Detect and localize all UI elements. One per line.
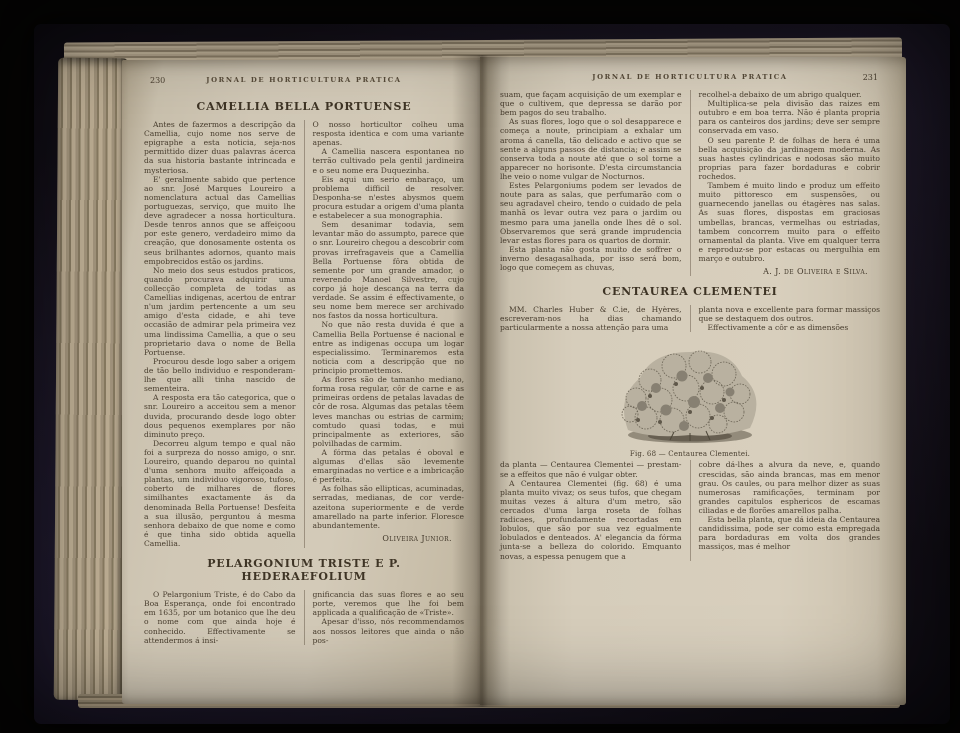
paragraph: A Centaurea Clementei (fig. 68) é uma pl… [500,479,682,561]
paragraph: Decorreu algum tempo e qual não foi a su… [144,439,296,548]
paragraph: planta nova e excellente para formar mas… [699,305,881,323]
paragraph: Antes de fazermos a descripção da Camell… [144,120,296,175]
text-column: planta nova e excellente para formar mas… [690,305,881,332]
article-title-camellia: CAMELLIA BELLA PORTUENSE [144,100,464,113]
paragraph: E' geralmente sabido que pertence ao snr… [144,175,296,266]
page-number-right: 231 [863,73,878,82]
paragraph: As suas flores, logo que o sol desappare… [500,117,682,181]
paragraph: Apesar d'isso, nós recommendamos aos nos… [313,617,465,644]
right-page: JORNAL DE HORTICULTURA PRATICA 231 suam,… [480,57,906,705]
paragraph: A fórma das petalas é oboval e algumas d… [313,448,465,484]
paragraph: O Pelargonium Triste, é do Cabo da Boa E… [144,590,296,645]
text-column: Antes de fazermos a descripção da Camell… [144,120,296,548]
paragraph: MM. Charles Huber & C.ie, de Hyères, esc… [500,305,682,332]
camellia-columns: Antes de fazermos a descripção da Camell… [144,120,464,548]
paragraph: gnificancia das suas flores e ao seu por… [313,590,465,617]
paragraph: suam, que façam acquisição de um exempla… [500,90,682,117]
text-column: O Pelargonium Triste, é do Cabo da Boa E… [144,590,296,645]
paragraph: Esta bella planta, que dá ideia da Centa… [699,515,881,551]
pelargonium-continuation-columns: suam, que façam acquisição de um exempla… [500,90,880,276]
article-title-centaurea: CENTAUREA CLEMENTEI [500,285,880,298]
page-edges-left [54,58,128,700]
text-column: recolhel-a debaixo de um abrigo qualquer… [690,90,881,276]
paragraph: As flores são de tamanho mediano, forma … [313,375,465,448]
plant-engraving-illustration [590,336,790,444]
text-column: gnificancia das suas flores e ao seu por… [304,590,465,645]
text-column: MM. Charles Huber & C.ie, de Hyères, esc… [500,305,682,332]
paragraph: Tambem é muito lindo e produz um effeito… [699,181,881,263]
paragraph: Eis aqui um serio embaraço, um problema … [313,175,465,221]
centaurea-below-columns: da planta — Centaurea Clementei — presta… [500,460,880,560]
article-signature: Oliveira Junior. [313,534,465,543]
paragraph: No meio dos seus estudos praticos, quand… [144,266,296,357]
running-title-left: JORNAL DE HORTICULTURA PRATICA [144,76,464,84]
text-column: da planta — Centaurea Clementei — presta… [500,460,682,560]
paragraph: Effectivamente a côr e as dimensões [699,323,881,332]
right-page-header: JORNAL DE HORTICULTURA PRATICA 231 [500,73,880,88]
paragraph: No que não resta duvida é que a Camellia… [313,320,465,375]
centaurea-figure: Fig. 68 — Centaurea Clementei. [585,336,795,458]
text-column: suam, que façam acquisição de um exempla… [500,90,682,276]
pelargonium-columns: O Pelargonium Triste, é do Cabo da Boa E… [144,590,464,645]
figure-caption: Fig. 68 — Centaurea Clementei. [585,450,795,458]
running-title-right: JORNAL DE HORTICULTURA PRATICA [500,73,880,81]
paragraph: As folhas são ellipticas, acuminadas, se… [313,484,465,530]
text-column: O nosso horticultor colheu uma resposta … [304,120,465,548]
paragraph: Estes Pelargoniums podem ser levados de … [500,181,682,245]
paragraph: Procurou desde logo saber a origem de tã… [144,357,296,393]
article-signature: A. J. de Oliveira e Silva. [699,267,881,276]
paragraph: O nosso horticultor colheu uma resposta … [313,120,465,147]
paragraph: Esta planta não gosta muito de soffrer o… [500,245,682,272]
paragraph: recolhel-a debaixo de um abrigo qualquer… [699,90,881,99]
paragraph: Multiplica-se pela divisão das raizes em… [699,99,881,135]
text-column: cobre dá-lhes a alvura da neve, e, quand… [690,460,881,560]
paragraph: Sem desanimar todavia, sem levantar mão … [313,220,465,320]
paragraph: da planta — Centaurea Clementei — presta… [500,460,682,478]
article-title-pelargonium: PELARGONIUM TRISTE E P. HEDERAEFOLIUM [144,557,464,583]
paragraph: O seu parente P. de folhas de hera é uma… [699,136,881,182]
left-page: 230 JORNAL DE HORTICULTURA PRATICA CAMEL… [122,60,480,704]
paragraph: A resposta era tão categorica, que o snr… [144,393,296,439]
centaurea-intro-columns: MM. Charles Huber & C.ie, de Hyères, esc… [500,305,880,332]
paragraph: cobre dá-lhes a alvura da neve, e, quand… [699,460,881,515]
paragraph: A Camellia nascera espontanea no terrão … [313,147,465,174]
left-page-header: 230 JORNAL DE HORTICULTURA PRATICA [144,76,464,91]
